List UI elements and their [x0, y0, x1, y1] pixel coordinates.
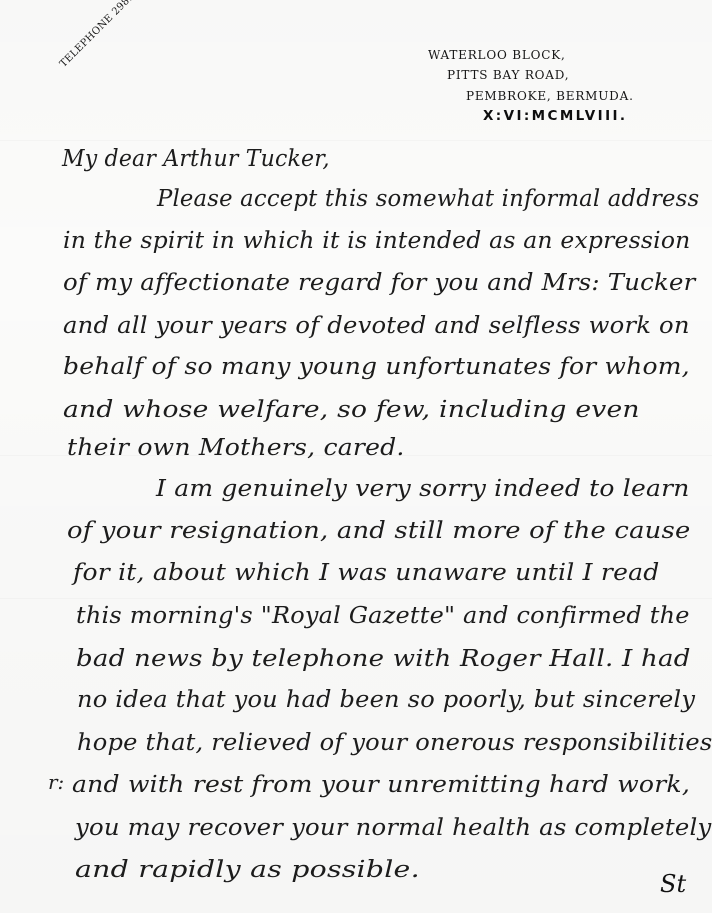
letter-line: behalf of so many young unfortunates for… — [63, 354, 690, 380]
address-line-3: PEMBROKE, BERMUDA. — [466, 89, 634, 103]
letter-line: this morning's "Royal Gazette" and confi… — [76, 603, 690, 629]
letter-line: of my affectionate regard for you and Mr… — [63, 270, 695, 296]
letter-line: and whose welfare, so few, including eve… — [63, 397, 640, 423]
letter-line: of your resignation, and still more of t… — [67, 518, 690, 544]
letter-line: and rapidly as possible. — [75, 857, 420, 883]
salutation: My dear Arthur Tucker, — [62, 146, 330, 172]
letter-date: X:VI:MCMLVIII. — [483, 108, 627, 124]
letter-line: Please accept this somewhat informal add… — [157, 186, 699, 212]
letter-line: I am genuinely very sorry indeed to lear… — [156, 476, 690, 502]
letter-line: in the spirit in which it is intended as… — [63, 228, 690, 254]
paper-texture — [0, 140, 712, 141]
letter-line: bad news by telephone with Roger Hall. I… — [76, 646, 691, 672]
letter-line: their own Mothers, cared. — [67, 435, 405, 461]
letter-line: no idea that you had been so poorly, but… — [77, 687, 695, 713]
paper-texture — [0, 598, 712, 599]
letter-page: TELEPHONE 2989. WATERLOO BLOCK, PITTS BA… — [0, 0, 712, 913]
letter-line: and all your years of devoted and selfle… — [63, 313, 690, 339]
signature-initials: St — [660, 870, 686, 898]
letter-line: you may recover your normal health as co… — [75, 815, 711, 841]
address-line-2: PITTS BAY ROAD, — [447, 68, 569, 82]
telephone-stamp: TELEPHONE 2989. — [58, 0, 139, 70]
address-line-1: WATERLOO BLOCK, — [428, 48, 566, 62]
margin-mark: r: — [48, 770, 64, 794]
letter-line: and with rest from your unremitting hard… — [72, 772, 690, 798]
letter-line: hope that, relieved of your onerous resp… — [77, 730, 712, 756]
letter-line: for it, about which I was unaware until … — [73, 560, 659, 586]
